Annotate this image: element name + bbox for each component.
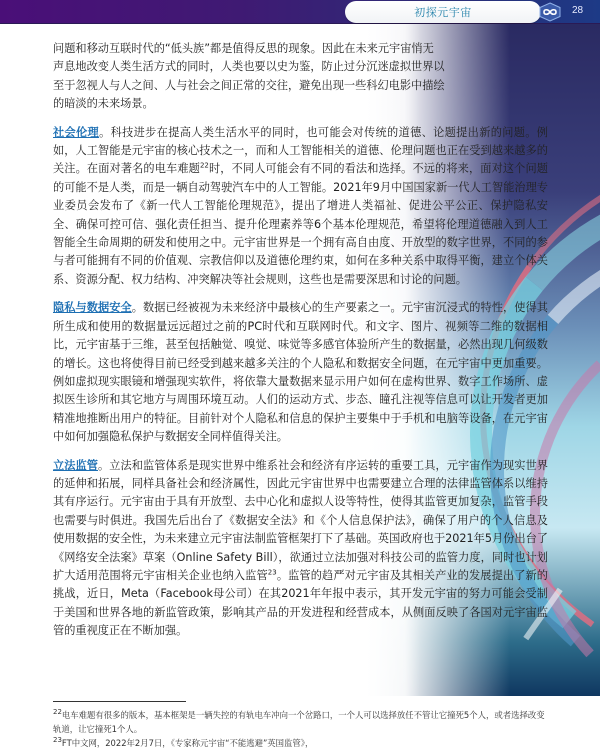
text-line: 问题和移动互联时代的“低头族”都是值得反思的现象。因此在未来元宇宙悄无	[53, 40, 548, 58]
section-lead-social-ethics: 社会伦理	[53, 126, 99, 139]
text-line: 声息地改变人类生活方式的同时，人类也要以史为鉴，防止过分沉迷虚拟世界以	[53, 58, 548, 76]
text-line: 的暗淡的未来场景。	[53, 95, 548, 113]
article-body: 问题和移动互联时代的“低头族”都是值得反思的现象。因此在未来元宇宙悄无 声息地改…	[53, 40, 548, 651]
chapter-title: 初探元宇宙	[414, 4, 472, 20]
paragraph-text: 时，不同人可能会有不同的看法和选择。不远的将来，面对这个问题的可能不是人类，而是…	[53, 162, 548, 285]
footnotes: 22电车难题有很多的版本，基本框架是一辆失控的有轨电车冲向一个岔路口，一个人可以…	[53, 708, 548, 748]
section-lead-privacy: 隐私与数据安全	[53, 301, 132, 314]
paragraph-text: 。立法和监管体系是现实世界中维系社会和经济有序运转的重要工具，元宇宙作为现实世界…	[53, 459, 548, 582]
footnote-23: 23FT中文网，2022年2月7日，《专家称元宇宙“不能逃避”英国监管》，	[53, 736, 548, 748]
footnote-ref-23[interactable]: 23	[268, 568, 277, 576]
paragraph-text: 。数据已经被视为未来经济中最核心的生产要素之一。元宇宙沉浸式的特性，使得其所生成…	[53, 301, 548, 443]
footnote-ref-22[interactable]: 22	[200, 162, 209, 170]
page-number: 28	[572, 5, 583, 16]
footnote-22: 22电车难题有很多的版本，基本框架是一辆失控的有轨电车冲向一个岔路口，一个人可以…	[53, 708, 548, 736]
paragraph-privacy-data-security: 隐私与数据安全。数据已经被视为未来经济中最核心的生产要素之一。元宇宙沉浸式的特性…	[53, 299, 548, 446]
footnote-number: 23	[53, 736, 62, 744]
footnote-text: 电车难题有很多的版本，基本框架是一辆失控的有轨电车冲向一个岔路口，一个人可以选择…	[53, 710, 545, 734]
footnote-divider	[53, 701, 186, 702]
text-line: 至于忽视人与人之间、人与社会之间正常的交往，避免出现一些科幻电影中描绘	[53, 77, 548, 95]
paragraph-intro: 问题和移动互联时代的“低头族”都是值得反思的现象。因此在未来元宇宙悄无 声息地改…	[53, 40, 548, 114]
chapter-title-pill: 初探元宇宙	[345, 1, 541, 23]
metaverse-infinity-cube-icon	[538, 2, 562, 22]
paragraph-legislation-regulation: 立法监管。立法和监管体系是现实世界中维系社会和经济有序运转的重要工具，元宇宙作为…	[53, 457, 548, 641]
page-header-band: 初探元宇宙 28	[0, 0, 600, 24]
section-lead-legislation: 立法监管	[53, 459, 98, 472]
paragraph-social-ethics: 社会伦理。科技进步在提高人类生活水平的同时，也可能会对传统的道德、论题提出新的问…	[53, 124, 548, 290]
footnote-number: 22	[53, 708, 62, 716]
footnote-text: FT中文网，2022年2月7日，《专家称元宇宙“不能逃避”英国监管》，	[62, 738, 313, 748]
